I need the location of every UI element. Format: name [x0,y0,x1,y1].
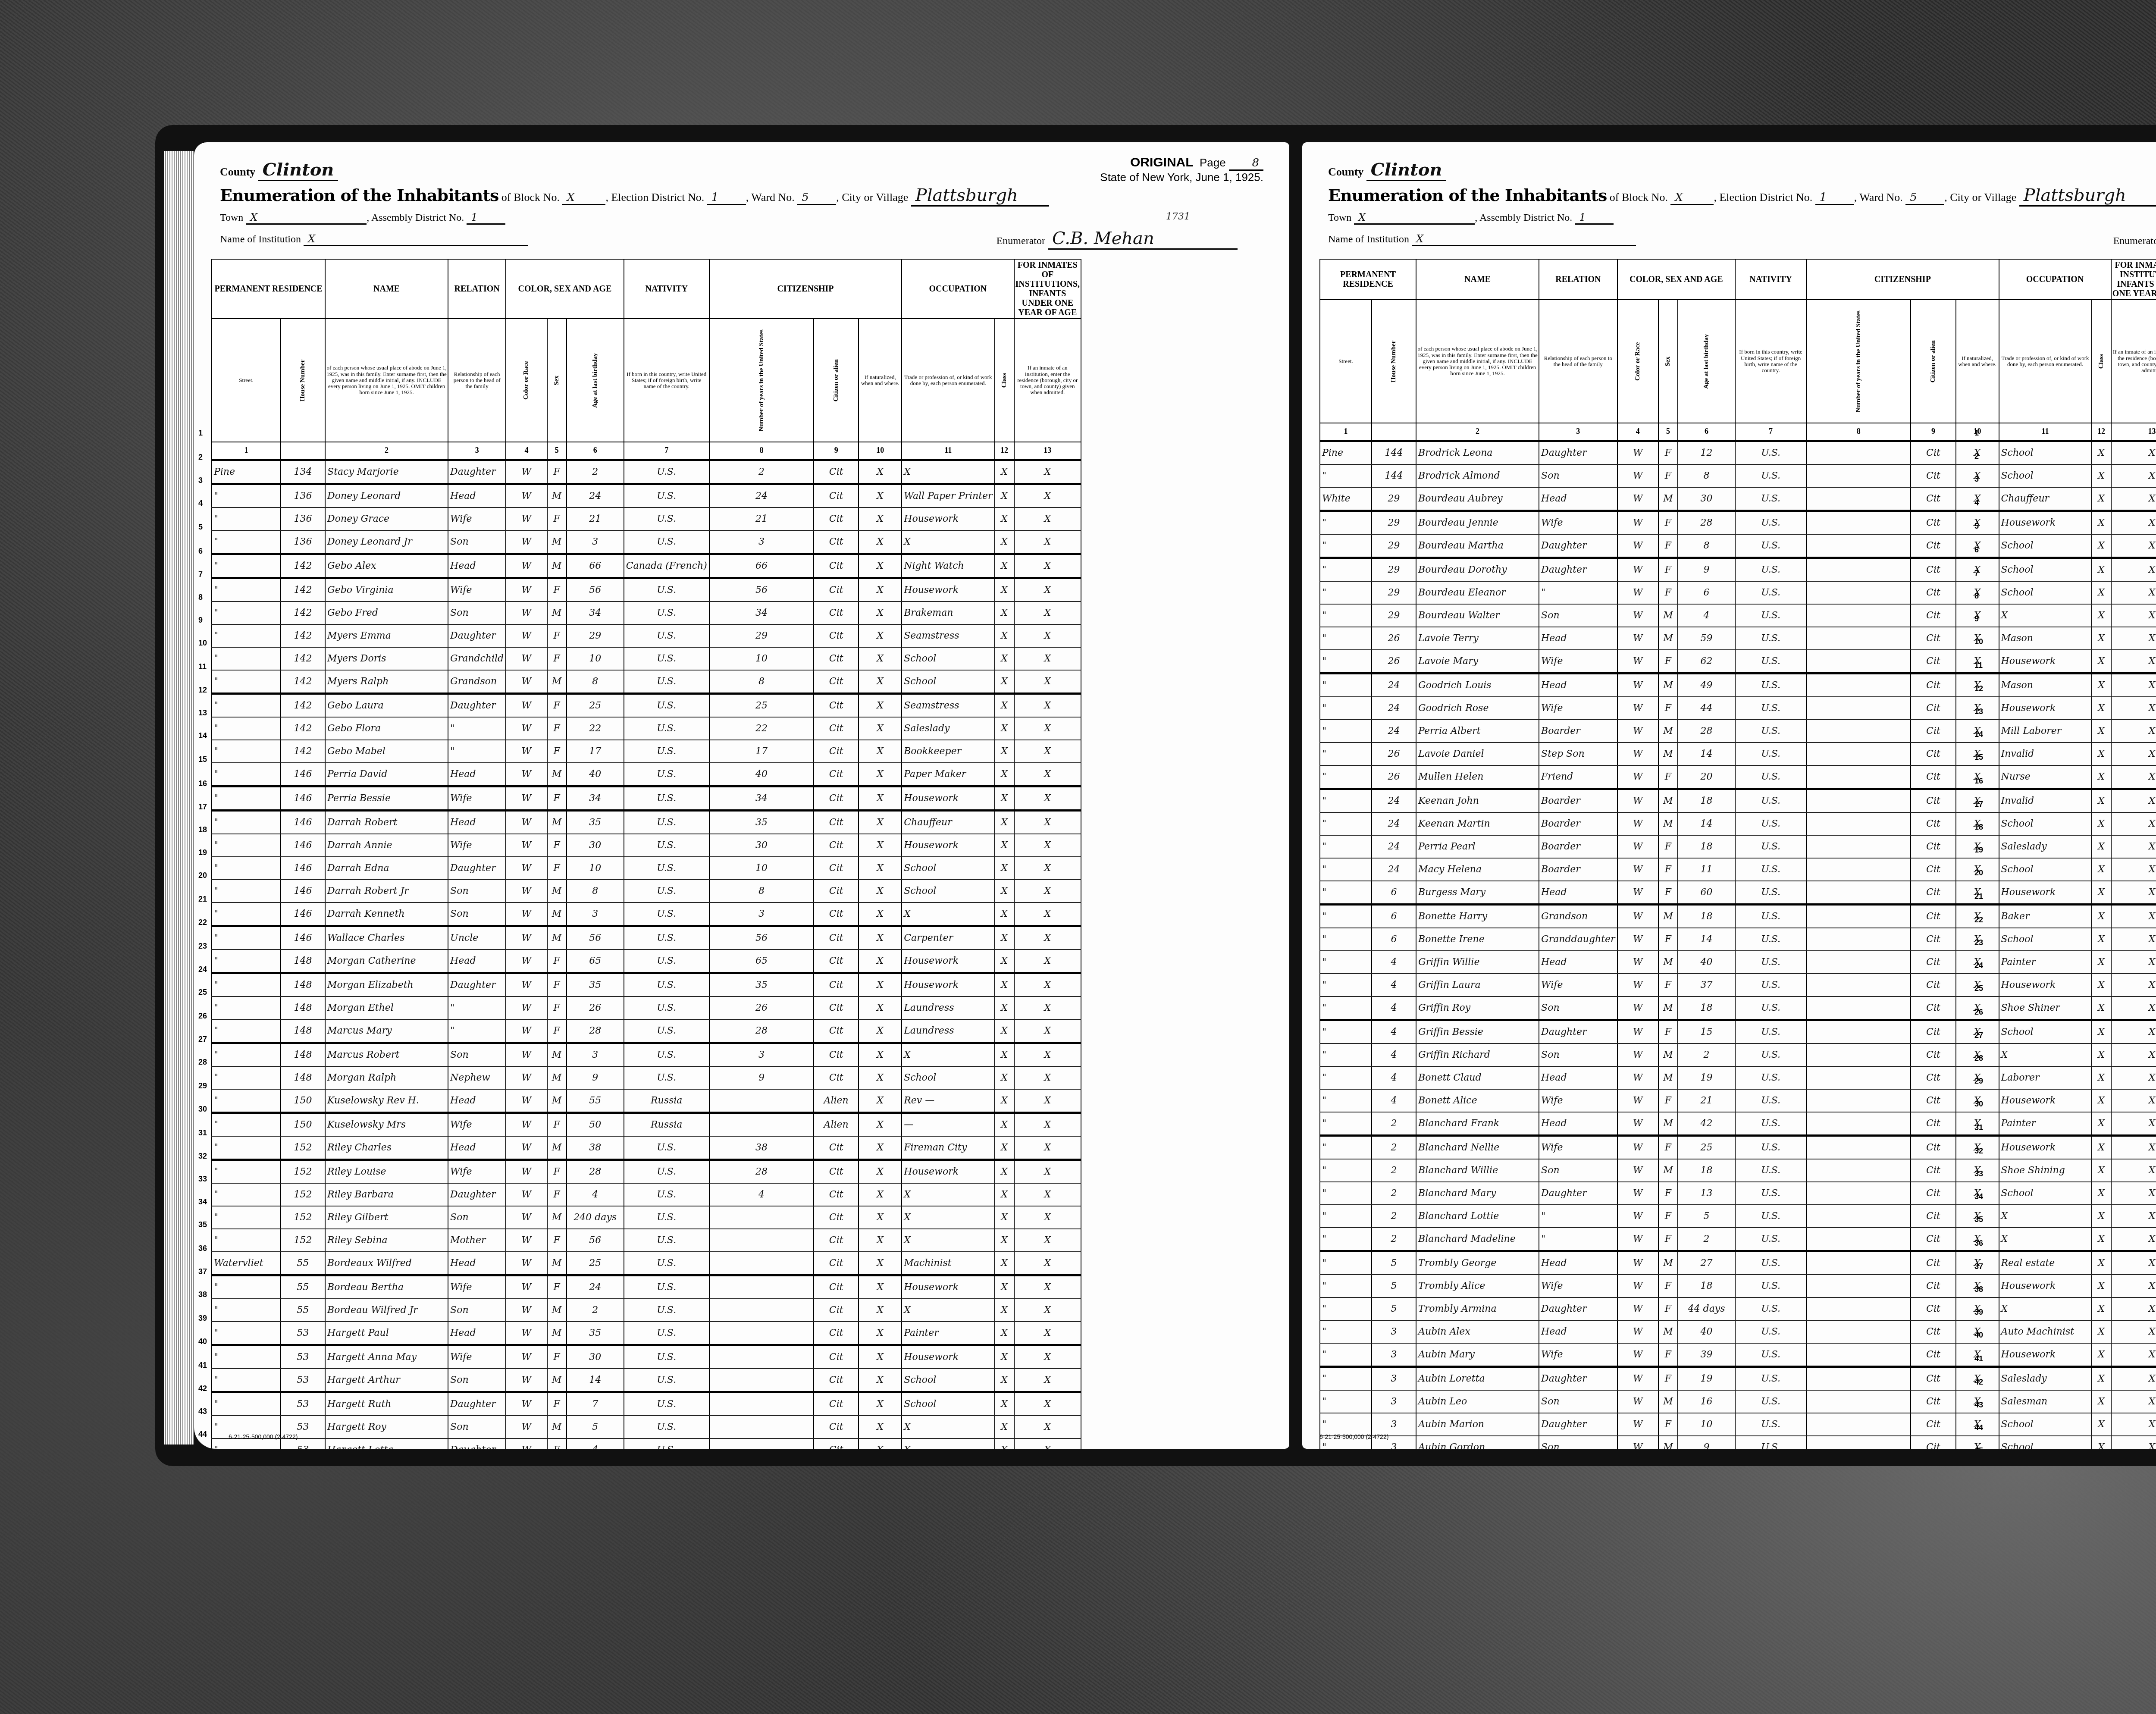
cell-inst: X [2111,627,2156,650]
cell-occ: School [1999,928,2092,951]
cell-cit: Cit [1911,534,1955,558]
cell-color: W [1617,1228,1658,1251]
cell-cit: Cit [1911,1251,1955,1275]
cell-cit: Cit [814,1206,859,1229]
cell-occ: School [1999,558,2092,582]
column-number: 10 [859,442,902,460]
line-number: 43 [198,1407,207,1416]
cell-name: Gebo Laura [325,694,448,718]
line-number: 31 [198,1128,207,1137]
cell-street: " [212,1136,281,1160]
line-number: 42 [198,1384,207,1393]
cell-street: " [1320,1275,1372,1297]
cell-name: Blanchard Madeline [1416,1228,1539,1251]
cell-cls: X [995,1019,1014,1043]
cell-sex: M [1658,674,1678,697]
cell-cit: Cit [1911,581,1955,604]
cell-yrs: 10 [709,647,814,670]
cell-street: " [1320,1020,1372,1044]
line-number: 40 [198,1337,207,1346]
cell-color: W [1617,858,1658,881]
cell-street: " [1320,534,1372,558]
header-nativity: NATIVITY [1735,259,1806,300]
cell-color: W [506,717,547,740]
cell-yrs [1806,487,1911,511]
cell-cit: Alien [814,1089,859,1113]
cell-inst: X [1014,1066,1081,1089]
cell-nz: X [859,811,902,834]
census-row: Pine134Stacy MarjorieDaughterWF2U.S.2Cit… [212,460,1081,484]
cell-cit: Cit [814,624,859,647]
cell-rel: Son [448,1369,506,1392]
cell-nat: U.S. [1735,1320,1806,1343]
town-line: Town X, Assembly District No. 1 [1328,211,1614,225]
cell-name: Bourdeau Eleanor [1416,581,1539,604]
line-number: 41 [198,1361,207,1370]
line-number: 9 [1974,614,1979,624]
cell-color: W [506,880,547,902]
cell-rel: Daughter [1539,1297,1617,1320]
census-row: "24Perria AlbertBoarderWM28U.S.CitXMill … [1320,720,2156,743]
cell-nz: X [859,834,902,857]
cell-nat: U.S. [624,694,709,718]
cell-cit: Cit [1911,1182,1955,1205]
subheader-naturalized: If naturalized, when and where. [1956,300,1999,423]
cell-house: 5 [1372,1275,1416,1297]
cell-occ: Saleslady [902,717,994,740]
cell-name: Darrah Edna [325,857,448,880]
block-value: X [562,191,605,205]
ward-label: , Ward No. [746,191,795,204]
cell-name: Brodrick Almond [1416,464,1539,487]
cell-cit: Cit [814,1438,859,1449]
line-number: 44 [1974,1423,1983,1432]
cell-occ: Nurse [1999,765,2092,789]
cell-sex: F [1658,464,1678,487]
cell-cit: Cit [814,1416,859,1438]
cell-cit: Cit [1911,1390,1955,1413]
cell-house: 6 [1372,881,1416,905]
cell-occ: School [902,1066,994,1089]
cell-street: Pine [212,460,281,484]
cell-age: 62 [1678,650,1735,674]
cell-color: W [1617,1413,1658,1436]
cell-street: " [212,1369,281,1392]
cell-inst: X [1014,484,1081,508]
cell-color: W [1617,996,1658,1020]
cell-nat: U.S. [624,1345,709,1369]
cell-nat: U.S. [1735,720,1806,743]
cell-sex: M [1658,1390,1678,1413]
cell-name: Perria Pearl [1416,835,1539,858]
census-row: "146Perria BessieWifeWF34U.S.34CitXHouse… [212,786,1081,811]
cell-yrs: 17 [709,740,814,763]
cell-color: W [506,811,547,834]
cell-age: 35 [567,973,624,997]
cell-yrs [709,1369,814,1392]
cell-name: Bordeau Wilfred Jr [325,1299,448,1322]
cell-sex: M [1658,951,1678,974]
cell-name: Morgan Catherine [325,949,448,973]
cell-cit: Cit [1911,974,1955,996]
cell-nz: X [859,484,902,508]
cell-street: Pine [1320,441,1372,465]
cell-cls: X [2092,974,2111,996]
cell-house: 29 [1372,558,1416,582]
cell-house: 142 [281,554,325,578]
cell-name: Riley Charles [325,1136,448,1160]
cell-nz: X [859,763,902,786]
column-number: 1 [212,442,281,460]
line-number: 36 [198,1244,207,1253]
cell-cit: Cit [814,902,859,926]
cell-cit: Cit [814,1136,859,1160]
column-number: 7 [624,442,709,460]
cell-cit: Cit [1911,441,1955,465]
cell-nat: U.S. [624,1136,709,1160]
cell-occ: Shoe Shiner [1999,996,2092,1020]
cell-street: " [1320,858,1372,881]
subheader-sex: Sex [1658,300,1678,423]
cell-nz: X [859,1275,902,1299]
cell-street: " [1320,1205,1372,1228]
census-row: "148Marcus Mary"WF28U.S.28CitXLaundressX… [212,1019,1081,1043]
cell-cit: Cit [1911,511,1955,535]
cell-sex: M [547,1369,567,1392]
cell-cit: Cit [814,1392,859,1416]
cell-name: Gebo Flora [325,717,448,740]
cell-occ: Housework [1999,1275,2092,1297]
cell-color: W [1617,1275,1658,1297]
cell-nat: U.S. [624,1299,709,1322]
cell-age: 40 [567,763,624,786]
census-ledger-book: County Clinton Enumeration of the Inhabi… [155,125,2156,1466]
cell-color: W [1617,928,1658,951]
cell-nat: U.S. [624,857,709,880]
cell-cit: Cit [1911,487,1955,511]
line-number: 2 [1974,452,1979,461]
census-table: PERMANENT RESIDENCE NAME RELATION COLOR,… [211,259,1081,1449]
cell-street: " [212,902,281,926]
cell-sex: F [1658,858,1678,881]
cell-rel: " [448,1019,506,1043]
cell-nat: U.S. [1735,835,1806,858]
cell-nat: U.S. [1735,511,1806,535]
cell-inst: X [1014,1160,1081,1184]
cell-color: W [1617,1390,1658,1413]
cell-inst: X [2111,974,2156,996]
cell-cls: X [2092,789,2111,813]
cell-rel: Daughter [1539,1182,1617,1205]
cell-age: 25 [567,694,624,718]
cell-name: Morgan Ethel [325,996,448,1019]
cell-house: 152 [281,1229,325,1252]
cell-cls: X [995,1183,1014,1206]
line-number: 1 [198,429,203,438]
cell-sex: F [547,1113,567,1137]
cell-age: 21 [1678,1089,1735,1112]
cell-cit: Cit [814,602,859,624]
column-number: 8 [1806,423,1911,441]
cell-occ: Shoe Shining [1999,1159,2092,1182]
cell-yrs [1806,558,1911,582]
cell-house: 4 [1372,951,1416,974]
cell-cit: Cit [814,1252,859,1275]
cell-color: W [506,554,547,578]
cell-yrs [1806,534,1911,558]
cell-nat: U.S. [1735,558,1806,582]
cell-sex: M [1658,1112,1678,1136]
cell-house: 24 [1372,858,1416,881]
cell-cls: X [995,902,1014,926]
cell-age: 13 [1678,1182,1735,1205]
cell-nat: U.S. [624,926,709,950]
cell-occ: X [1999,1205,2092,1228]
line-number: 36 [1974,1239,1983,1248]
cell-rel: Head [448,1136,506,1160]
line-number: 9 [198,616,203,625]
census-row: "2Blanchard NellieWifeWF25U.S.CitXHousew… [1320,1136,2156,1159]
cell-color: W [1617,650,1658,674]
cell-rel: Uncle [448,926,506,950]
cell-rel: Head [448,763,506,786]
cell-sex: F [547,1438,567,1449]
cell-occ: School [902,1369,994,1392]
cell-occ: X [902,1229,994,1252]
cell-inst: X [1014,740,1081,763]
cell-age: 17 [567,740,624,763]
cell-cit: Cit [814,1183,859,1206]
cell-occ: Housework [1999,1089,2092,1112]
cell-nz: X [859,554,902,578]
column-number: 9 [814,442,859,460]
cell-cit: Cit [814,647,859,670]
cell-cls: X [995,880,1014,902]
cell-sex: M [547,811,567,834]
column-number: 2 [1416,423,1539,441]
cell-cls: X [2092,720,2111,743]
census-row: "5Trombly GeorgeHeadWM27U.S.CitXReal est… [1320,1251,2156,1275]
cell-inst: X [1014,786,1081,811]
cell-color: W [1617,581,1658,604]
cell-occ: Auto Machinist [1999,1320,2092,1343]
cell-yrs [1806,720,1911,743]
cell-name: Aubin Mary [1416,1343,1539,1367]
cell-rel: Wife [448,508,506,530]
cell-yrs [1806,1205,1911,1228]
cell-cit: Cit [1911,1112,1955,1136]
line-number: 17 [198,802,207,812]
cell-rel: Daughter [448,1183,506,1206]
census-row: "136Doney Leonard JrSonWM3U.S.3CitXXXX [212,530,1081,554]
cell-yrs [709,1345,814,1369]
cell-sex: F [1658,928,1678,951]
cell-inst: X [2111,464,2156,487]
line-number: 28 [198,1058,207,1067]
cell-name: Aubin Gordon [1416,1436,1539,1449]
subheader-relation: Relationship of each person to the head … [1539,300,1617,423]
cell-rel: Son [1539,464,1617,487]
cell-color: W [1617,1436,1658,1449]
cell-age: 66 [567,554,624,578]
cell-house: 5 [1372,1251,1416,1275]
cell-nat: U.S. [1735,789,1806,813]
cell-cit: Cit [814,1043,859,1067]
cell-age: 15 [1678,1020,1735,1044]
cell-street: White [1320,487,1372,511]
cell-rel: Daughter [448,973,506,997]
cell-cls: X [2092,1043,2111,1066]
cell-house: 29 [1372,534,1416,558]
cell-occ: Housework [902,834,994,857]
subheader-street: Street. [1320,300,1372,423]
county-label: County [1328,166,1363,178]
census-row: "142Myers EmmaDaughterWF29U.S.29CitXSeam… [212,624,1081,647]
line-number: 34 [1974,1192,1983,1201]
cell-street: " [212,578,281,602]
cell-nz: X [859,740,902,763]
census-row: "2Blanchard FrankHeadWM42U.S.CitXPainter… [1320,1112,2156,1136]
cell-occ: Mason [1999,674,2092,697]
cell-rel: Head [448,811,506,834]
county-value: Clinton [1366,160,1447,181]
cell-age: 2 [567,460,624,484]
subheader-sex: Sex [547,319,567,442]
line-number: 25 [1974,984,1983,993]
subheader-house-number: House Number [281,319,325,442]
census-row: "53Hargett RuthDaughterWF7U.S.CitXSchool… [212,1392,1081,1416]
cell-nz: X [859,902,902,926]
cell-color: W [506,1299,547,1322]
census-row: "24Macy HelenaBoarderWF11U.S.CitXSchoolX… [1320,858,2156,881]
assembly-district-value: 1 [1575,211,1614,225]
cell-cls: X [2092,858,2111,881]
cell-inst: X [1014,602,1081,624]
cell-nat: U.S. [624,578,709,602]
line-number: 8 [198,593,203,602]
cell-inst: X [2111,996,2156,1020]
cell-sex: M [1658,1251,1678,1275]
census-row: "4Griffin RichardSonWM2U.S.CitXXXX [1320,1043,2156,1066]
cell-house: 142 [281,694,325,718]
cell-name: Blanchard Nellie [1416,1136,1539,1159]
cell-occ: X [902,1043,994,1067]
cell-cls: X [2092,1205,2111,1228]
cell-nat: U.S. [624,996,709,1019]
cell-house: 146 [281,834,325,857]
cell-yrs [1806,905,1911,928]
cell-name: Riley Barbara [325,1183,448,1206]
cell-rel: Granddaughter [1539,928,1617,951]
cell-color: W [506,902,547,926]
form-title: Enumeration of the Inhabitants [220,185,498,205]
cell-age: 18 [1678,789,1735,813]
cell-occ: X [1999,604,2092,627]
cell-cls: X [995,1416,1014,1438]
cell-cls: X [995,647,1014,670]
cell-house: 146 [281,926,325,950]
cell-yrs [1806,650,1911,674]
cell-color: W [1617,441,1658,465]
cell-name: Blanchard Lottie [1416,1205,1539,1228]
census-row: "152Riley GilbertSonWM240 daysU.S.CitXXX… [212,1206,1081,1229]
cell-occ: School [902,670,994,694]
cell-street: " [1320,1251,1372,1275]
original-stamp: ORIGINAL Page 8 State of New York, June … [1100,155,1263,184]
census-row: "29Bourdeau DorothyDaughterWF9U.S.CitXSc… [1320,558,2156,582]
cell-nat: U.S. [1735,928,1806,951]
cell-cls: X [2092,1112,2111,1136]
census-row: "3Aubin MaryWifeWF39U.S.CitXHouseworkXX [1320,1343,2156,1367]
cell-occ: Invalid [1999,743,2092,765]
cell-occ: Mill Laborer [1999,720,2092,743]
line-number: 35 [198,1220,207,1229]
cell-rel: Wife [1539,511,1617,535]
line-number: 6 [1974,545,1979,555]
cell-house: 134 [281,460,325,484]
cell-yrs [709,1416,814,1438]
cell-cit: Cit [814,694,859,718]
census-row: "5Trombly AliceWifeWF18U.S.CitXHousework… [1320,1275,2156,1297]
cell-street: " [1320,881,1372,905]
assembly-district-label: , Assembly District No. [1475,212,1572,223]
cell-cls: X [2092,743,2111,765]
cell-nat: U.S. [624,740,709,763]
cell-color: W [1617,1297,1658,1320]
cell-sex: M [1658,627,1678,650]
cell-sex: M [547,763,567,786]
cell-nz: X [859,670,902,694]
cell-color: W [1617,720,1658,743]
cell-street: " [212,670,281,694]
cell-occ: Housework [1999,511,2092,535]
cell-nz: X [859,1345,902,1369]
census-row: "3Aubin MarionDaughterWF10U.S.CitXSchool… [1320,1413,2156,1436]
cell-yrs [1806,996,1911,1020]
column-number: 9 [1911,423,1955,441]
cell-street: " [212,530,281,554]
institution-line: Name of Institution X [220,233,528,246]
cell-name: Riley Louise [325,1160,448,1184]
cell-nat: U.S. [624,1438,709,1449]
cell-rel: Son [448,1416,506,1438]
line-number: 35 [1974,1215,1983,1224]
cell-occ: Bookkeeper [902,740,994,763]
line-number: 44 [198,1430,207,1439]
column-number: 1 [1320,423,1372,441]
cell-occ: Night Watch [902,554,994,578]
cell-age: 65 [567,949,624,973]
cell-name: Darrah Robert Jr [325,880,448,902]
assembly-district-value: 1 [467,211,505,225]
cell-color: W [1617,1136,1658,1159]
cell-street: " [1320,464,1372,487]
cell-cls: X [2092,487,2111,511]
cell-sex: F [1658,697,1678,720]
cell-nat: U.S. [624,1206,709,1229]
cell-occ: Real estate [1999,1251,2092,1275]
cell-cit: Cit [1911,464,1955,487]
cell-name: Stacy Marjorie [325,460,448,484]
cell-color: W [506,1416,547,1438]
cell-rel: Wife [1539,974,1617,996]
column-number: 6 [567,442,624,460]
cell-rel: Wife [448,834,506,857]
cell-inst: X [2111,441,2156,465]
cell-name: Bourdeau Aubrey [1416,487,1539,511]
cell-yrs [1806,974,1911,996]
cell-inst: X [1014,1416,1081,1438]
